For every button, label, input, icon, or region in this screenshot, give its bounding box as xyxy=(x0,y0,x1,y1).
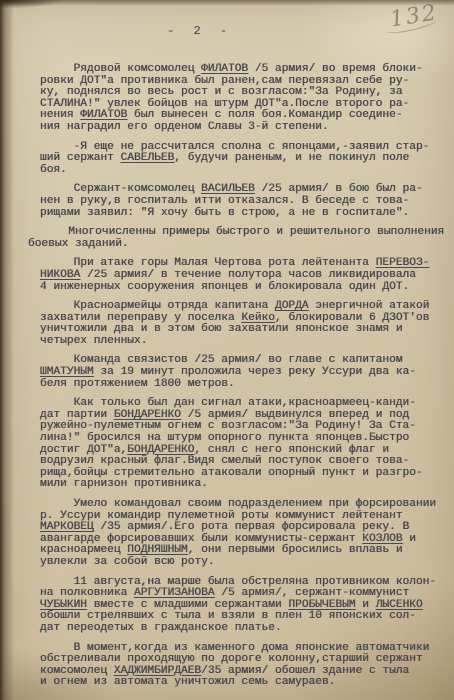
paragraph-dorda: Красноармейцы отряда капитана ДОРДА энер… xyxy=(40,301,448,347)
scan-shadow-left-edge xyxy=(0,0,14,700)
scan-dark-top-left-corner xyxy=(0,0,80,10)
paragraph-markovets: Умело командовал своим подразделением пр… xyxy=(40,499,448,569)
paragraph-vasiliev: Сержант-комсомолец ВАСИЛЬЕВ /25 армия/ в… xyxy=(40,184,448,219)
paragraph-perevoznikov: При атаке горы Малая Чертова рота лейтен… xyxy=(40,258,448,293)
paragraph-filatov: Рядовой комсомолец ФИЛАТОВ /5 армия/ во … xyxy=(40,64,448,134)
paragraph-khadzhimbirdaev: В момент,когда из каменного дома японски… xyxy=(40,643,448,689)
document-page-content: - 2 - Рядовой комсомолец ФИЛАТОВ /5 арми… xyxy=(40,24,448,697)
paragraph-intro-examples: Многочисленны примеры быстрого и решител… xyxy=(28,227,448,250)
paragraph-signalmen: Команда связистов /25 армия/ во главе с … xyxy=(40,355,448,390)
paragraph-august-11-ambush: 11 августа,на марше была обстреляна прот… xyxy=(40,577,448,635)
paragraph-saveliev: -Я еще не рассчитался сполна с японцами,… xyxy=(40,142,448,177)
paragraph-bondarenko: Как только был дан сигнал атаки,красноар… xyxy=(40,398,448,491)
scan-shadow-top-edge xyxy=(0,0,454,6)
typed-page-number: - 2 - xyxy=(40,24,360,38)
